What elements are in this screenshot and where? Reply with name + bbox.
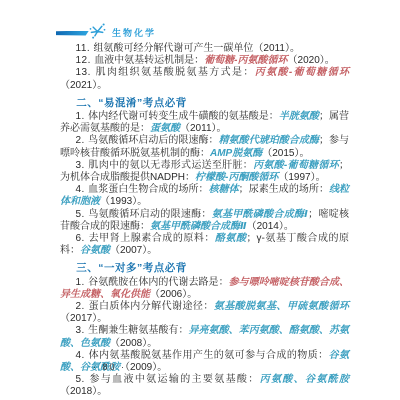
item-text: （2021）。 [60,80,107,91]
textbook-page: 生物化学 11. 组氨酸可经分解代谢可产生一碳单位（2011）。12. 血液中氨… [0,0,400,400]
item-text: （2015）。 [262,148,309,159]
item-number: 2. [76,135,89,146]
answer-text: 丙氨酸-葡萄糖循环 [253,160,339,171]
item-number: 3. [76,325,89,336]
answer-text: AMP脱氨酶 [210,148,262,159]
item-number: 6. [76,233,89,244]
section: 三、“一对多”考点必背1. 谷氨酰胺在体内的代谢去路是：参与嘌呤嘧啶核苷酸合成、… [60,262,349,398]
item-number: 12. [76,55,95,66]
item-number: 5. [76,209,89,220]
item-number: 4. [76,184,89,195]
answer-text: 半胱氨酸 [279,111,319,122]
brand-title: 生物化学 [112,26,156,39]
item-text: （2018）。 [60,386,107,397]
item-text: 血液中氨基转运机制是： [94,55,204,66]
item-text: 肌肉中的氨以无毒形式运送至肝脏： [88,160,253,171]
item-number: 2. [76,301,89,312]
answer-text: 氨基酸脱氨基、甲硫氨酸循环 [214,301,349,312]
item-number: 3. [76,160,89,171]
list-item: 1. 谷氨酰胺在体内的代谢去路是：参与嘌呤嘧啶核苷酸合成、异生成糖、氧化供能（2… [60,277,349,301]
list-item: 5. 参与血液中氨运输的主要氨基酸：丙氨酸、谷氨酰胺（2018）。 [60,374,349,398]
splash-icon [87,21,108,42]
answer-text: 蛋氨酸 [150,123,180,134]
answer-text: 葡萄糖-丙氨酸循环 [204,55,287,66]
item-text: （2020）。 [288,55,335,66]
item-text: 参与血液中氨运输的主要氨基酸： [89,374,259,385]
item-text: 去甲肾上腺素合成的原料： [89,233,215,244]
list-item: 5. 鸟氨酸循环启动的限速酶：氨基甲酰磷酸合成酶Ⅰ；嘧啶核苷酸合成的限速酶：氨基… [60,209,349,233]
list-item: 3. 肌肉中的氨以无毒形式运送至肝脏：丙氨酸-葡萄糖循环；为机体合成脂酸提供NA… [60,160,349,184]
answer-text: 精氨酸代琥珀酸合成酶 [219,135,319,146]
item-text: （1997）。 [278,172,325,183]
list-item: 6. 去甲肾上腺素合成的原料：酪氨酸；γ-氨基丁酸合成的原料：谷氨酸（2007）… [60,233,349,257]
answer-text: 谷氨酸 [80,245,110,256]
page-number: · 80 · [93,362,126,372]
item-text: （1993）。 [100,196,147,207]
item-number: 1. [76,277,89,288]
answer-text: 酪氨酸 [215,233,247,244]
answer-text: 丙氨酸-葡萄糖循环 [255,67,349,78]
item-text: （2014）。 [247,221,294,232]
answer-text: 丙氨酸、谷氨酰胺 [260,374,349,385]
list-item: 2. 蛋白质体内分解代谢途径：氨基酸脱氨基、甲硫氨酸循环（2017）。 [60,301,349,325]
item-text: （2017）。 [60,313,107,324]
item-number: 13. [76,67,96,78]
item-number: 1. [76,111,89,122]
answer-text: 氨基甲酰磷酸合成酶Ⅰ [212,209,308,220]
item-text: （2011）。 [180,123,227,134]
list-item: 4. 血浆蛋白生物合成的场所：核糖体；尿素生成的场所：线粒体和胞液（1993）。 [60,184,349,208]
item-text: 体内经代谢可转变生成牛磺酸的氨基酸是： [88,111,279,122]
section: 二、“易混淆”考点必背1. 体内经代谢可转变生成牛磺酸的氨基酸是：半胱氨酸；属营… [60,97,349,258]
item-text: （2007）。 [110,245,157,256]
item-text: （2008）。 [110,338,157,349]
list-item: 11. 组氨酸可经分解代谢可产生一碳单位（2011）。 [60,43,349,55]
item-text: 体内氨基酸脱氨基作用产生的氨可参与合成的物质： [89,350,329,361]
list-item: 12. 血液中氨基转运机制是：葡萄糖-丙氨酸循环（2020）。 [60,55,349,67]
item-text: ；尿素生成的场所： [239,184,329,195]
item-text: （2006）。 [150,289,197,300]
brand-logo: 生物化学 [56,21,156,41]
item-text: 鸟氨酸循环启动后的限速酶： [88,135,218,146]
item-text: 肌肉组织氨基酸脱氨基方式是： [96,67,255,78]
answer-text: 核糖体 [209,184,239,195]
answer-text: 柠檬酸-丙酮酸循环 [195,172,278,183]
section-title: 二、“易混淆”考点必背 [60,97,349,109]
brand-bar-decoration [56,31,89,36]
answer-text: 氨基甲酰磷酸合成酶Ⅱ [150,221,247,232]
item-number: 4. [76,350,89,361]
item-text: 生酮兼生糖氨基酸有： [88,325,188,336]
section: 11. 组氨酸可经分解代谢可产生一碳单位（2011）。12. 血液中氨基转运机制… [60,43,349,92]
section-title: 三、“一对多”考点必背 [60,262,349,274]
page-content: 11. 组氨酸可经分解代谢可产生一碳单位（2011）。12. 血液中氨基转运机制… [60,43,349,399]
list-item: 13. 肌肉组织氨基酸脱氨基方式是：丙氨酸-葡萄糖循环（2021）。 [60,67,349,91]
item-text: 谷氨酰胺在体内的代谢去路是： [88,277,228,288]
item-number: 11. [76,43,94,54]
item-text: （2009）。 [120,362,167,373]
list-item: 1. 体内经代谢可转变生成牛磺酸的氨基酸是：半胱氨酸；属营养必需氨基酸的是：蛋氨… [60,111,349,135]
item-text: 血浆蛋白生物合成的场所： [88,184,208,195]
item-text: 蛋白质体内分解代谢途径： [89,301,214,312]
item-text: 组氨酸可经分解代谢可产生一碳单位（2011）。 [93,43,300,54]
list-item: 2. 鸟氨酸循环启动后的限速酶：精氨酸代琥珀酸合成酶；参与嘌呤核苷酸循环脱氨基机… [60,135,349,159]
list-item: 3. 生酮兼生糖氨基酸有：异亮氨酸、苯丙氨酸、酪氨酸、苏氨酸、色氨酸（2008）… [60,325,349,349]
item-number: 5. [76,374,90,385]
item-text: 鸟氨酸循环启动的限速酶： [88,209,211,220]
